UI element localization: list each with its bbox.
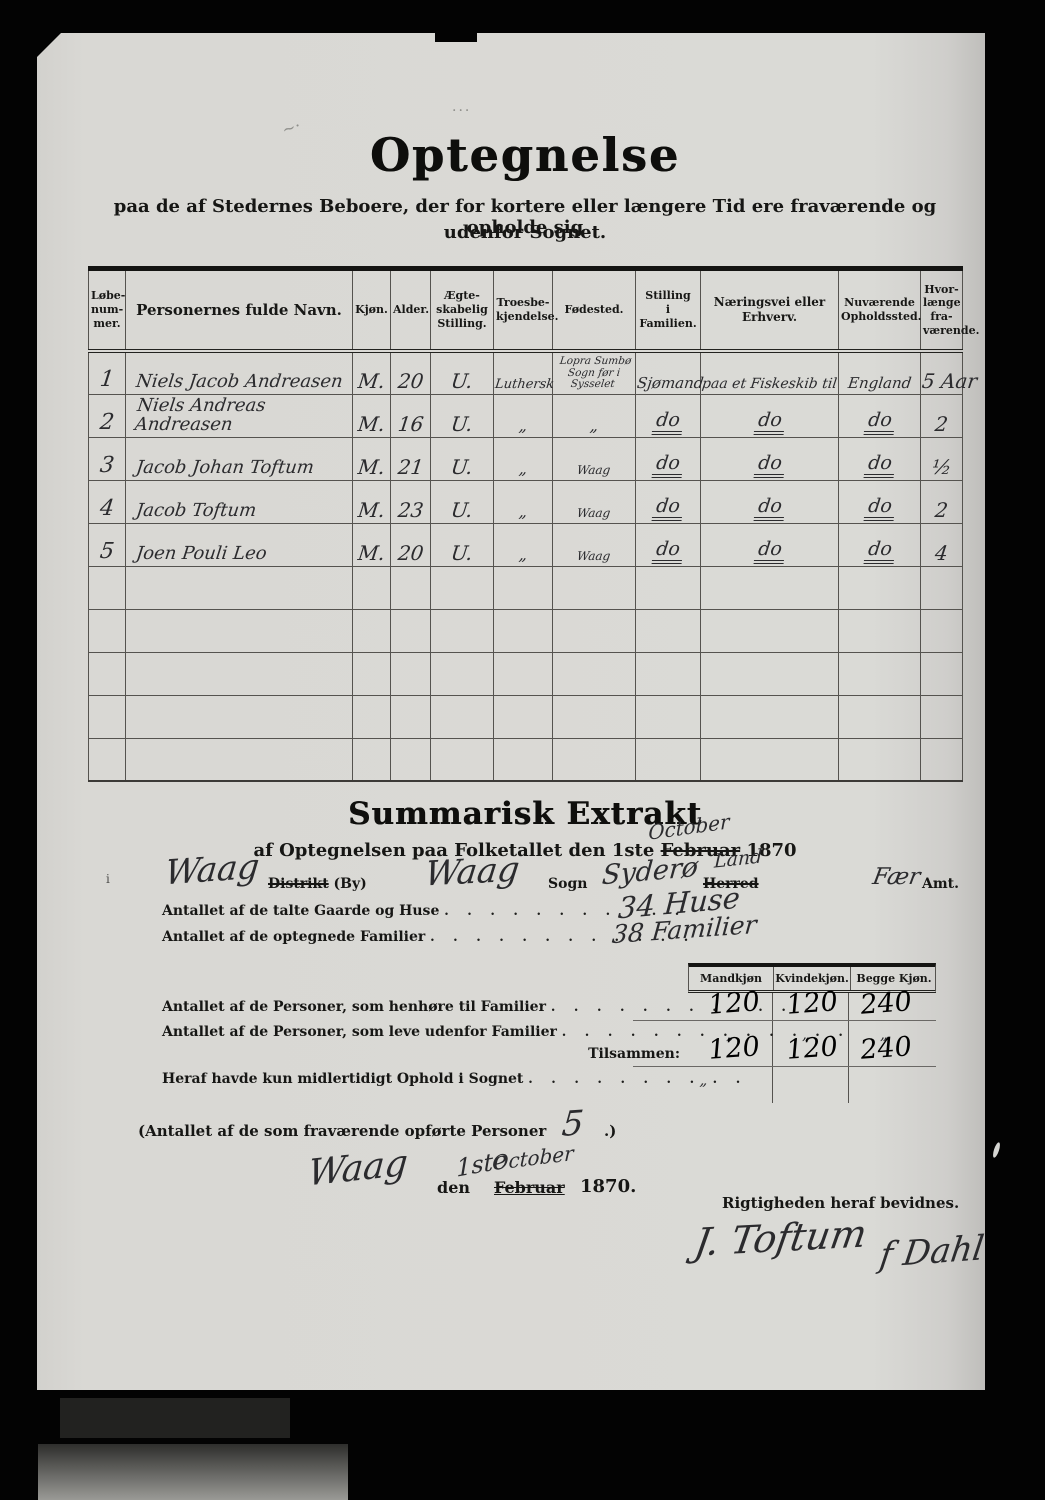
signature-dahl: f Dahl [877,1228,986,1276]
column-header: Fødested. [553,269,636,352]
handwritten-cell-text: „ [518,461,528,478]
empty-cell [391,695,431,738]
table-cell: Jacob Johan Toftum [126,437,353,480]
handwritten-cell-text: Waag [577,464,612,477]
handwritten-cell-text: 4 [934,543,949,564]
table-cell: do [839,480,921,523]
table-cell: M. [353,437,391,480]
handwritten-cell-text: 4 [99,497,116,520]
handwritten-cell-text: M. [357,414,386,435]
handwritten-cell-text: U. [450,500,474,521]
table-cell: do [636,480,701,523]
empty-cell [353,566,391,609]
scan-speck [992,1142,1002,1159]
handwritten-cell-text: Niels Jacob Andreasen [135,373,344,392]
empty-cell [391,566,431,609]
ditto-mark: do [863,540,896,564]
handwritten-cell-text: 2 [934,500,949,521]
table-row: 3Jacob Johan ToftumM.21U.„Waagdododo½ [89,437,963,480]
table-divider [848,993,849,1103]
column-header: Ægte- skabelig Stilling. [431,269,494,352]
table-cell: do [701,394,839,437]
empty-cell [701,695,839,738]
handwritten-absent-count: 5 [560,1103,585,1145]
ditto-mark: do [753,497,786,521]
empty-cell [126,652,353,695]
table-row: 1Niels Jacob AndreasenM.20U.LutherskLopr… [89,351,963,394]
table-cell: U. [431,523,494,566]
persons-in-families-line: Antallet af de Personer, som henhøre til… [162,999,839,1015]
table-cell: „ [553,394,636,437]
handwritten-cell-text: England [847,376,912,392]
handwritten-cell-text: M. [357,371,386,392]
table-cell: M. [353,480,391,523]
table-cell: 3 [89,437,126,480]
empty-row [89,609,963,652]
table-cell: do [636,394,701,437]
both-in-families-count: 240 [859,986,913,1021]
table-cell: „ [494,437,553,480]
handwritten-cell-text: Niels Andreas Andreasen [134,397,354,435]
empty-cell [701,566,839,609]
empty-cell [89,652,126,695]
table-cell: England [839,351,921,394]
table-cell: Luthersk [494,351,553,394]
handwritten-cell-text: Luthersk [494,378,555,392]
houses-label: Antallet af de talte Gaarde og Huse [162,903,439,919]
table-cell: 2 [921,480,963,523]
summary-title: Summarisk Extrakt [88,796,962,832]
absent-persons-close-paren: .) [604,1122,616,1140]
signature-toftum: J. Toftum [692,1211,870,1264]
column-header: Stilling i Familien. [636,269,701,352]
empty-cell [353,609,391,652]
table-cell: 2 [921,394,963,437]
table-cell: U. [431,351,494,394]
handwritten-sogn-value: Waag [423,849,522,894]
table-row: 2Niels Andreas AndreasenM.16U.„„dododo2 [89,394,963,437]
struck-printed-month: Februar [494,1178,565,1197]
absent-persons-label: (Antallet af de som fraværende opførte P… [138,1122,546,1140]
table-cell: 16 [391,394,431,437]
ditto-mark: do [863,497,896,521]
empty-cell [636,652,701,695]
handwritten-cell-text: ½ [931,457,953,478]
table-cell: 20 [391,523,431,566]
empty-row [89,566,963,609]
table-cell: do [839,437,921,480]
handwritten-cell-text: 21 [396,457,424,478]
table-cell: do [839,523,921,566]
empty-cell [839,566,921,609]
empty-cell [701,609,839,652]
table-cell: Waag [553,523,636,566]
handwritten-cell-text: 20 [396,371,424,392]
scan-notch [435,33,477,42]
handwritten-cell-text: 2 [934,414,949,435]
handwritten-cell-text: Waag [577,507,612,520]
table-cell: 4 [921,523,963,566]
district-label: Distrikt (By) [268,876,367,892]
handwritten-cell-text: M. [357,543,386,564]
empty-cell [839,609,921,652]
empty-cell [494,566,553,609]
handwritten-cell-text: U. [450,414,474,435]
table-cell: do [701,480,839,523]
empty-row [89,695,963,738]
page-title: Optegnelse [88,128,962,182]
empty-cell [701,652,839,695]
empty-cell [89,738,126,781]
table-cell: Lopra Sumbø Sogn før i Sysselet [553,351,636,394]
ditto-mark: do [753,454,786,478]
empty-cell [89,609,126,652]
handwritten-cell-text: M. [357,500,386,521]
column-header: Personernes fulde Navn. [126,269,353,352]
table-cell: 5 Aar [921,351,963,394]
table-cell: 5 [89,523,126,566]
table-cell: Jacob Toftum [126,480,353,523]
empty-cell [921,695,963,738]
empty-cell [431,652,494,695]
persons-outside-families-line: Antallet af de Personer, som leve udenfo… [162,1024,850,1040]
table-cell: „ [494,480,553,523]
district-label-struck: Distrikt [268,876,329,892]
empty-cell [921,566,963,609]
table-cell: 2 [89,394,126,437]
column-header: Løbe- num- mer. [89,269,126,352]
scanned-census-page: ~· ··· i Optegnelse paa de af Stedernes … [0,0,1045,1500]
ditto-mark: do [652,497,685,521]
handwritten-cell-text: U. [450,371,474,392]
ditto-mark: do [753,411,786,435]
table-cell: do [636,523,701,566]
table-cell: Waag [553,480,636,523]
handwritten-cell-text: U. [450,543,474,564]
handwritten-cell-text: „ [518,547,528,564]
table-cell: „ [494,394,553,437]
empty-cell [431,609,494,652]
table-cell: 4 [89,480,126,523]
empty-cell [353,695,391,738]
handwritten-cell-text: Jacob Johan Toftum [135,459,315,478]
empty-cell [391,609,431,652]
table-cell: do [839,394,921,437]
empty-cell [636,609,701,652]
handwritten-cell-text: 16 [396,414,424,435]
table-cell: 20 [391,351,431,394]
handwritten-cell-text: Jacob Toftum [135,502,257,521]
table-cell: ½ [921,437,963,480]
empty-cell [126,738,353,781]
handwritten-cell-text: Waag [577,550,612,563]
column-header: Alder. [391,269,431,352]
handwritten-cell-text: 23 [396,500,424,521]
amt-label: Amt. [922,876,959,892]
handwritten-cell-text: 3 [99,454,116,477]
empty-row [89,738,963,781]
table-cell: Waag [553,437,636,480]
handwritten-cell-text: „ [518,418,528,435]
handwritten-cell-text: paa et Fiskeskib til [701,377,838,392]
ditto-mark: do [652,411,685,435]
empty-cell [431,738,494,781]
printed-year: 1870. [580,1176,636,1197]
table-cell: paa et Fiskeskib til [701,351,839,394]
table-cell: do [636,437,701,480]
empty-cell [391,738,431,781]
empty-cell [126,609,353,652]
table-cell: 21 [391,437,431,480]
tilsammen-label: Tilsammen: [558,1046,680,1062]
table-cell: M. [353,523,391,566]
empty-cell [126,566,353,609]
scan-shadow-wedge [38,1444,348,1500]
houses-line: Antallet af de talte Gaarde og Huse . . … [162,903,686,919]
empty-cell [494,738,553,781]
empty-cell [494,652,553,695]
temporary-stay-line: Heraf havde kun midlertidigt Ophold i So… [162,1071,747,1087]
empty-cell [494,609,553,652]
empty-cell [431,566,494,609]
empty-cell [921,652,963,695]
dot-leader: . . . . . . . . . . . . . [562,1025,850,1040]
attestation-label: Rigtigheden heraf bevidnes. [722,1194,959,1212]
dot-leader: . . . . . . . . . . [528,1072,747,1087]
absentees-table: Løbe- num- mer.Personernes fulde Navn.Kj… [88,266,963,782]
empty-cell [839,695,921,738]
empty-cell [553,609,636,652]
page-subtitle-line2: udenfor Sognet. [88,222,962,243]
column-header: Kjøn. [353,269,391,352]
empty-cell [553,566,636,609]
empty-cell [921,738,963,781]
empty-cell [126,695,353,738]
sogn-label: Sogn [548,876,587,892]
column-header: Troesbe- kjendelse. [494,269,553,352]
table-cell: U. [431,480,494,523]
handwritten-cell-text: Sjømand [636,376,704,392]
empty-cell [701,738,839,781]
handwritten-district-value: Waag [163,847,261,894]
empty-cell [353,652,391,695]
table-cell: Joen Pouli Leo [126,523,353,566]
empty-cell [839,738,921,781]
table-cell: 1 [89,351,126,394]
column-header: Nuværende Opholdssted. [839,269,921,352]
temporary-stay-label: Heraf havde kun midlertidigt Ophold i So… [162,1071,523,1087]
pencil-mark: ··· [452,103,471,119]
handwritten-cell-text: 5 Aar [921,371,979,392]
handwritten-cell-text: 2 [99,411,116,434]
ditto-mark: do [652,540,685,564]
table-cell: U. [431,394,494,437]
ditto-mark: do [652,454,685,478]
dot-leader: . . . . . . . . . . . . . [551,1000,839,1015]
table-cell: do [701,523,839,566]
ditto-mark: do [863,411,896,435]
handwritten-cell-text: „ [518,504,528,521]
scan-shadow-band [60,1398,290,1438]
empty-cell [353,738,391,781]
handwritten-cell-text: 5 [99,540,116,563]
table-cell: Sjømand [636,351,701,394]
empty-cell [553,738,636,781]
empty-cell [636,695,701,738]
handwritten-cell-text: 20 [396,543,424,564]
empty-cell [391,652,431,695]
empty-cell [921,609,963,652]
persons-outside-families-label: Antallet af de Personer, som leve udenfo… [162,1024,557,1040]
table-row: 5Joen Pouli LeoM.20U.„Waagdododo4 [89,523,963,566]
district-label-rest: (By) [329,876,367,892]
handwritten-amt-value: Fær [871,864,923,890]
table-cell: „ [494,523,553,566]
empty-cell [89,566,126,609]
table-rule [633,1066,936,1067]
both-total-count: 240 [859,1031,913,1066]
persons-in-families-label: Antallet af de Personer, som henhøre til… [162,999,546,1015]
handwritten-cell-text: U. [450,457,474,478]
empty-row [89,652,963,695]
column-header: Næringsvei eller Erhverv. [701,269,839,352]
table-cell: M. [353,351,391,394]
column-header: Hvor- længe fra- værende. [921,269,963,352]
empty-cell [553,695,636,738]
ditto-mark: do [753,540,786,564]
handwritten-cell-text: 1 [99,368,116,391]
empty-cell [553,652,636,695]
empty-cell [89,695,126,738]
table-cell: Niels Jacob Andreasen [126,351,353,394]
table-cell: 23 [391,480,431,523]
handwritten-cell-text: Joen Pouli Leo [135,545,268,564]
table-cell: do [701,437,839,480]
empty-cell [636,738,701,781]
table-cell: Niels Andreas Andreasen [126,394,353,437]
absentees-table-wrap: Løbe- num- mer.Personernes fulde Navn.Kj… [88,266,963,782]
table-row: 4Jacob ToftumM.23U.„Waagdododo2 [89,480,963,523]
empty-cell [636,566,701,609]
handwritten-cell-text: „ [589,418,599,435]
families-label: Antallet af de optegnede Familier [162,929,425,945]
table-cell: U. [431,437,494,480]
empty-cell [839,652,921,695]
empty-cell [431,695,494,738]
ditto-mark: do [863,454,896,478]
handwritten-cell-text: Lopra Sumbø Sogn før i Sysselet [552,356,636,391]
table-cell: M. [353,394,391,437]
stray-ink-mark: i [106,872,110,886]
handwritten-cell-text: M. [357,457,386,478]
empty-cell [494,695,553,738]
